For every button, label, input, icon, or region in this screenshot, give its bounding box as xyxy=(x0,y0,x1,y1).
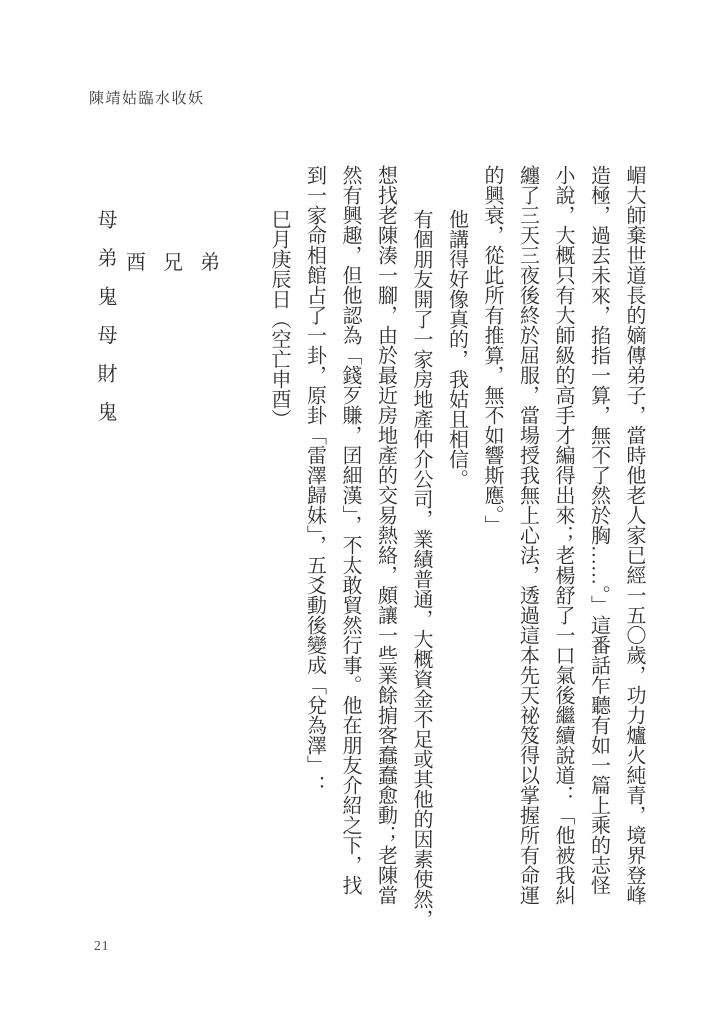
book-page: 陳靖姑臨水收妖 嵋大師棄世道長的嫡傳弟子，當時他老人家已經一五〇歲，功力爐火純青… xyxy=(0,0,724,1024)
hexagram-changed-line-row: 酉兄弟 xyxy=(126,246,237,275)
text-column: 造極，過去未來，掐指一算，無不了然於胸……。」這番話乍聽有如一篇上乘的志怪 xyxy=(588,165,610,895)
page-number: 21 xyxy=(94,938,110,954)
text-column: 有個朋友開了一家房地產仲介公司，業績普通，大概資金不足或其他的因素使然， xyxy=(410,209,432,929)
text-column: 到一家命相館占了一卦，原卦「雷澤歸妹」，五爻動後變成「兌為澤」： xyxy=(304,165,326,795)
text-column: 纏了三天三夜後終於屈服，當場授我無上心法，透過這本先天祕笈得以掌握所有命運 xyxy=(517,165,539,905)
text-column: 然有興趣，但他認為「錢歹賺，囝細漢」，不太敢貿然行事。他在朋友介紹之下，找 xyxy=(339,165,361,895)
hexagram-six-relatives-column: 母弟鬼母財鬼 xyxy=(94,209,116,440)
text-column: 他講得好像真的，我姑且相信。 xyxy=(446,209,468,489)
text-column: 小說，大概只有大師級的高手才編得出來；老楊舒了一口氣後繼續說道：「他被我糾 xyxy=(552,165,574,905)
text-column: 想找老陳湊一腳，由於最近房地產的交易熱絡，頗讓一些業餘掮客蠢蠢愈動；老陳當 xyxy=(375,165,397,905)
text-column: 嵋大師棄世道長的嫡傳弟子，當時他老人家已經一五〇歲，功力爐火純青，境界登峰 xyxy=(623,165,645,905)
running-header: 陳靖姑臨水收妖 xyxy=(89,87,205,108)
text-column: 的興衰，從此所有推算，無不如響斯應。」 xyxy=(481,165,503,535)
text-column: 巳月庚辰日（空亡申酉） xyxy=(268,209,290,429)
